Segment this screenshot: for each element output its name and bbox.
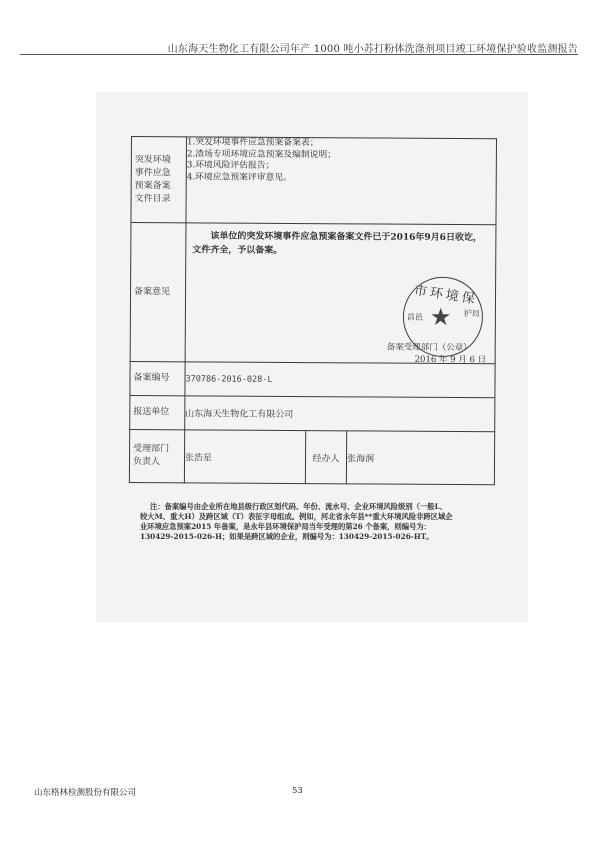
handler-value: 张海润 (346, 431, 494, 485)
page-number: 53 (292, 786, 303, 796)
filing-number-value: 370786-2016-028-L (185, 362, 495, 398)
table-row-submitting-unit: 报送单位 山东海天生物化工有限公司 (130, 395, 495, 431)
label-opinion: 备案意见 (130, 223, 186, 362)
label-submitting-unit: 报送单位 (130, 395, 185, 429)
list-item: 4.环境应急预案评审意见。 (187, 172, 496, 185)
report-header-title: 山东海天生物化工有限公司年产 1000 吨小苏打粉体洗涤剂项目竣工环境保护验收监… (168, 40, 578, 55)
label-file-list: 突发环境 事件应急 预案备案 文件目录 (131, 137, 187, 223)
table-row-filing-number: 备案编号 370786-2016-028-L (130, 361, 495, 397)
table-row-opinion: 备案意见 该单位的突发环境事件应急预案备案文件已于2016年9月6日收讫， 文件… (130, 223, 496, 364)
submitting-unit-value: 山东海天生物化工有限公司 (185, 396, 495, 432)
table-row-file-list: 突发环境 事件应急 预案备案 文件目录 1.突发环境事件应急预案备案表； 2.渣… (131, 137, 497, 225)
filing-number-note: 注：备案编号由企业所在地县级行政区划代码、年份、流水号、企业环境风险级别（一般L… (140, 502, 500, 542)
label-handler: 经办人 (305, 431, 346, 484)
seal-department: 备案受理部门（公章） (387, 341, 472, 354)
seal-left-text: 昌邑 (407, 312, 423, 323)
responsible-person-value: 张浩星 (184, 430, 305, 484)
table-row-responsible: 受理部门 负责人 张浩星 经办人 张海润 (129, 429, 494, 484)
label-filing-number: 备案编号 (130, 361, 185, 395)
seal-right-text: 护局 (464, 308, 480, 319)
header-divider (20, 54, 578, 55)
seal-date: 2016 年 9 月 6 日 (415, 353, 487, 365)
footer-company: 山东格林检测股份有限公司 (34, 786, 136, 798)
label-responsible: 受理部门 负责人 (129, 429, 184, 482)
filing-form-table: 突发环境 事件应急 预案备案 文件目录 1.突发环境事件应急预案备案表； 2.渣… (129, 136, 497, 485)
opinion-text: 该单位的突发环境事件应急预案备案文件已于2016年9月6日收讫， 文件齐全，予以… (186, 223, 495, 259)
file-list: 1.突发环境事件应急预案备案表； 2.渣场专项环境应急预案及编制说明； 3.环境… (186, 137, 497, 225)
opinion-cell: 该单位的突发环境事件应急预案备案文件已于2016年9月6日收讫， 文件齐全，予以… (185, 223, 496, 364)
star-icon: ★ (430, 305, 452, 329)
